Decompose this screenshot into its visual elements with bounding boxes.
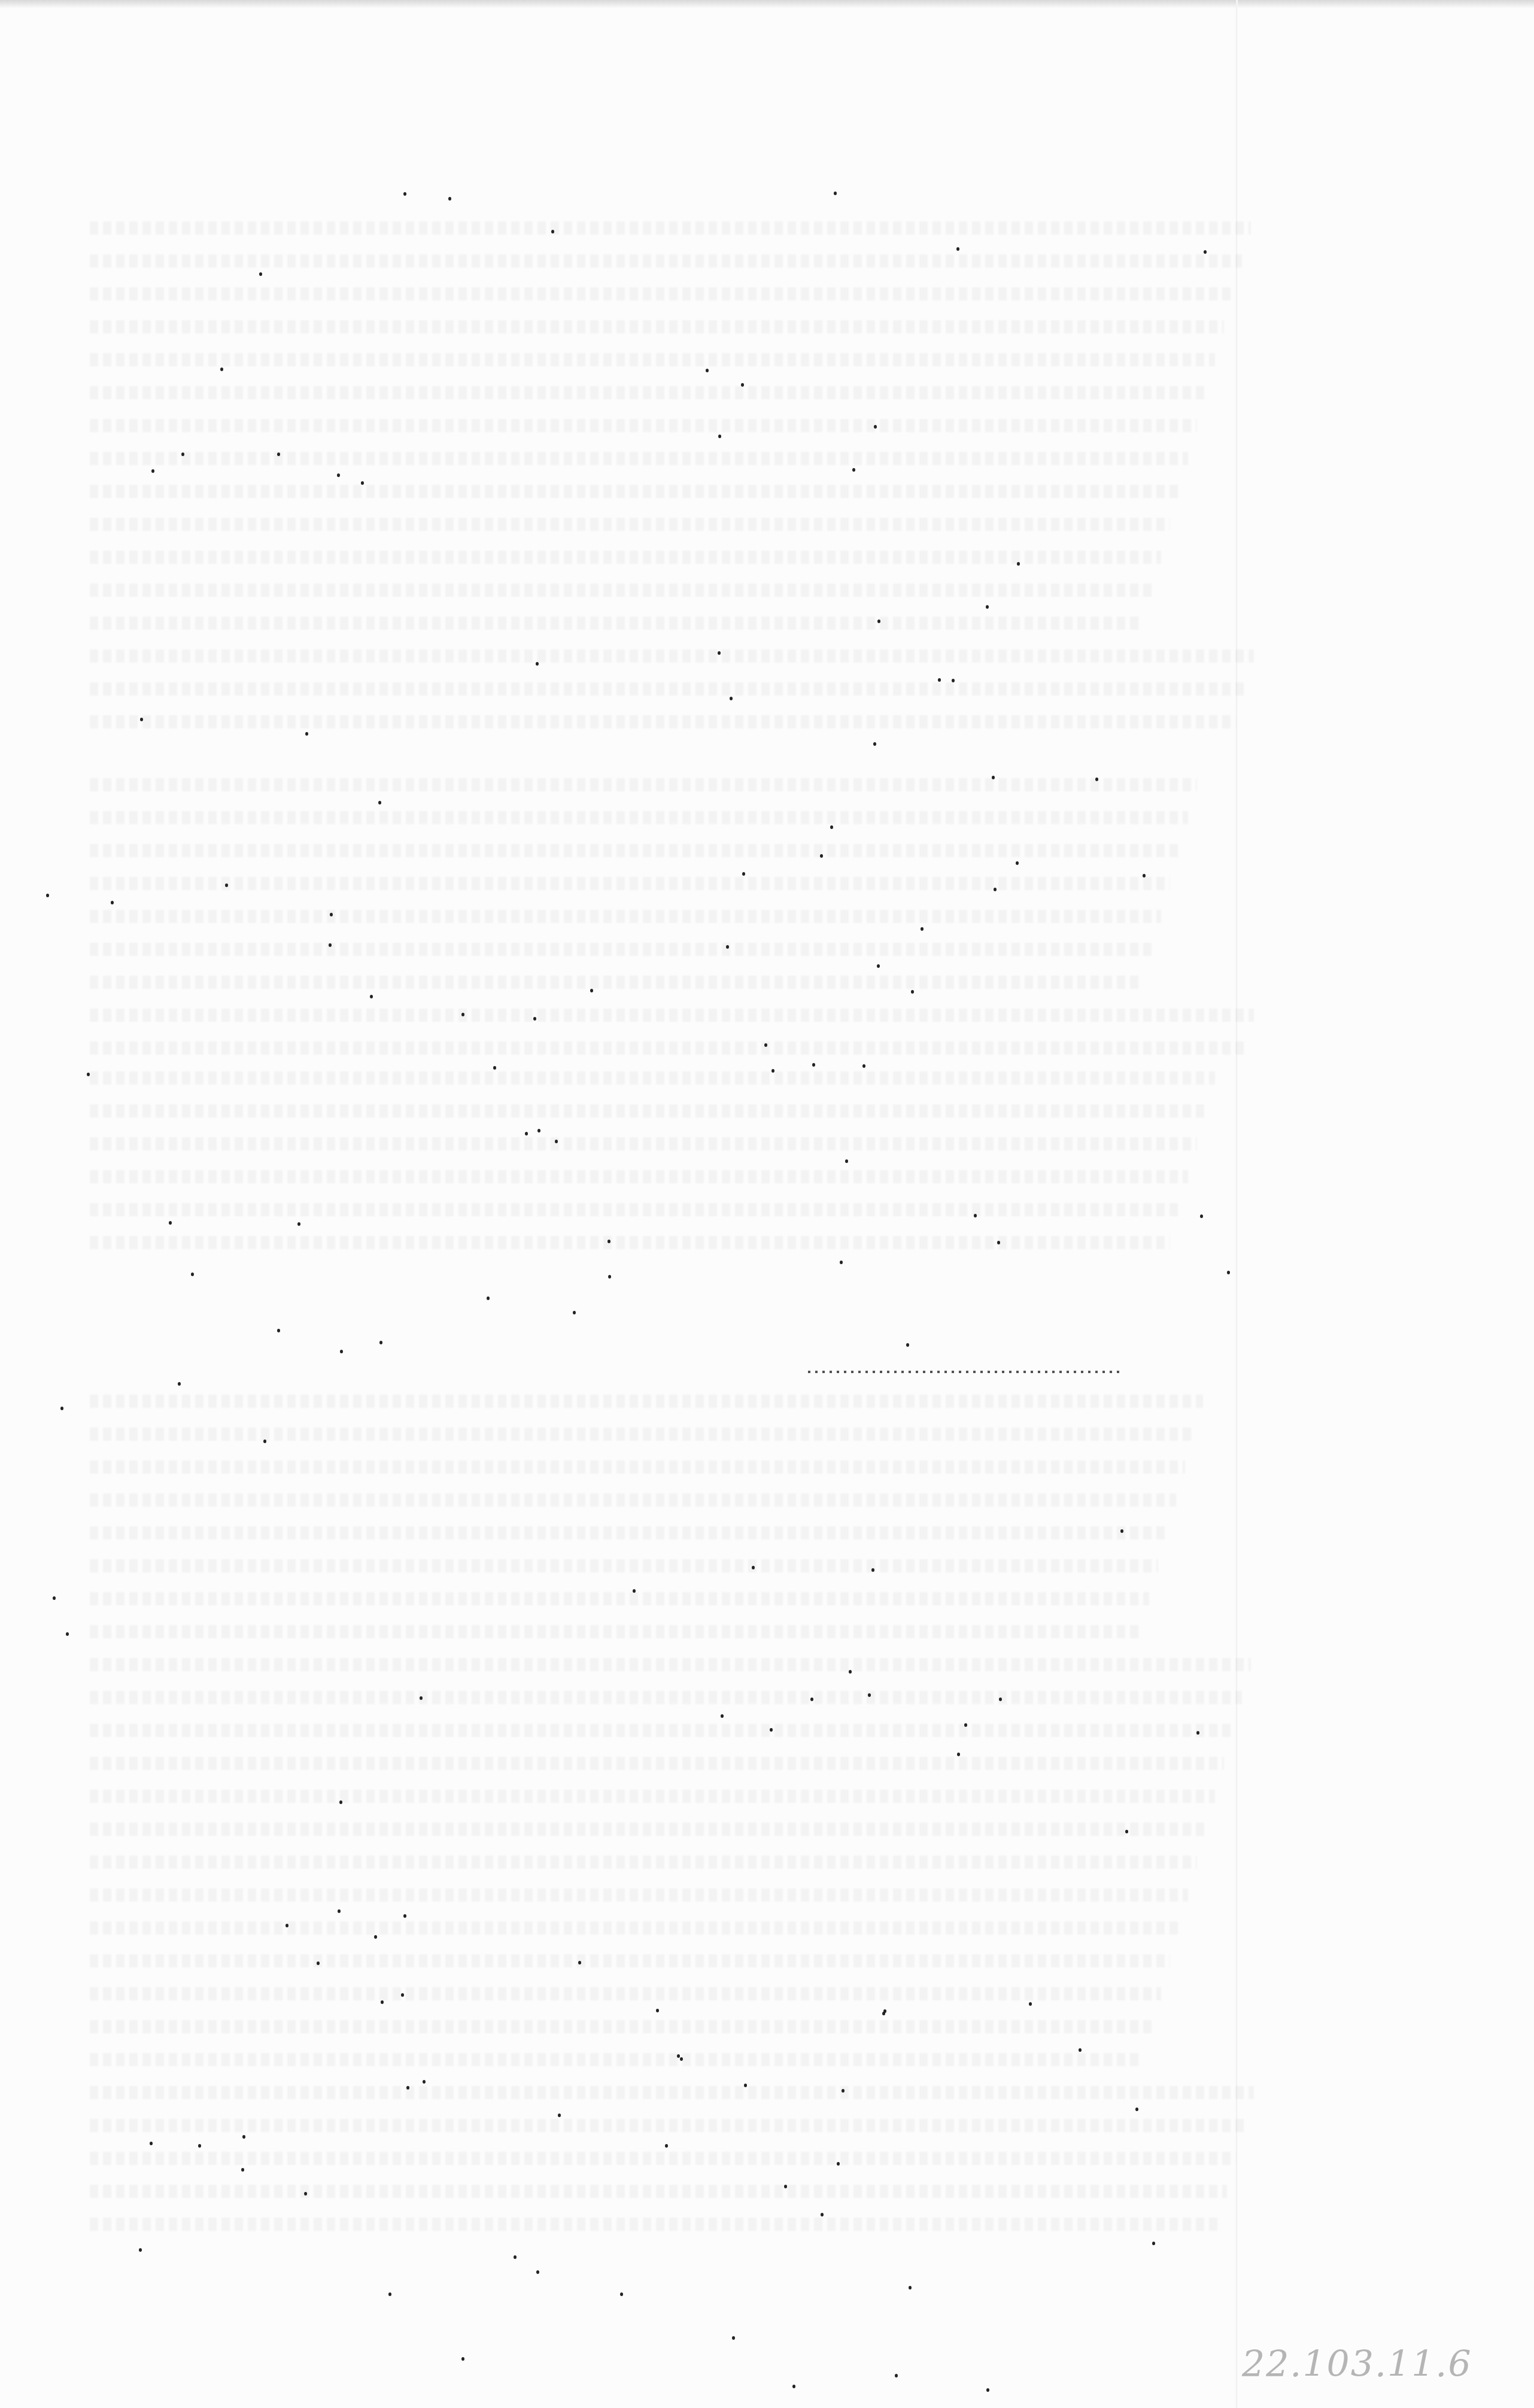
- speck: [706, 369, 709, 372]
- speck: [403, 192, 406, 196]
- speck: [1125, 1830, 1128, 1833]
- bleed-line: [90, 1658, 1251, 1671]
- speck: [1017, 562, 1020, 566]
- speck: [66, 1632, 69, 1636]
- bleed-line: [90, 1625, 1140, 1638]
- speck: [1016, 861, 1019, 865]
- speck: [317, 1961, 320, 1965]
- speck: [952, 679, 955, 682]
- speck: [956, 247, 959, 251]
- speck: [370, 995, 373, 998]
- speck: [297, 1222, 300, 1226]
- speck: [401, 1993, 404, 1997]
- speck: [537, 1129, 540, 1132]
- speck: [178, 1382, 181, 1386]
- speck: [732, 2336, 735, 2340]
- bleed-line: [90, 778, 1197, 791]
- speck: [994, 888, 997, 891]
- speck: [957, 1753, 960, 1756]
- bleed-line: [90, 452, 1188, 465]
- speck: [718, 651, 721, 655]
- speck: [525, 1132, 528, 1135]
- speck: [877, 964, 880, 968]
- speck: [792, 2385, 795, 2388]
- speck: [420, 1696, 423, 1700]
- speck: [578, 1961, 581, 1964]
- speck: [536, 662, 539, 666]
- speck: [169, 1221, 172, 1225]
- speck: [139, 2248, 142, 2252]
- speck: [730, 697, 733, 700]
- speck: [964, 1723, 967, 1727]
- speck: [381, 2000, 384, 2004]
- bleed-line: [90, 1888, 1188, 1902]
- bleed-line: [90, 1559, 1158, 1572]
- bleed-line: [90, 910, 1161, 923]
- speck: [241, 2168, 244, 2172]
- bleed-line: [90, 1987, 1161, 2000]
- speck: [403, 1914, 406, 1918]
- speck: [718, 435, 721, 438]
- speck: [906, 1343, 909, 1347]
- bleed-line: [90, 1526, 1167, 1539]
- speck: [111, 901, 114, 904]
- speck: [493, 1066, 496, 1070]
- scanned-page: 22.103.11.6: [0, 0, 1534, 2408]
- speck: [999, 1698, 1002, 1701]
- bleed-line: [90, 844, 1179, 857]
- bleed-line: [90, 1724, 1233, 1737]
- speck: [852, 468, 855, 472]
- bleed-line: [90, 1921, 1179, 1935]
- dotted-line: [808, 1371, 1119, 1373]
- speck: [911, 990, 914, 994]
- bleed-line: [90, 320, 1224, 333]
- speck: [909, 2286, 912, 2289]
- bleed-line: [90, 1041, 1245, 1055]
- speck: [533, 1017, 536, 1021]
- speck: [60, 1407, 63, 1410]
- speck: [845, 1159, 848, 1163]
- speck: [225, 883, 228, 887]
- speck: [551, 230, 554, 233]
- speck: [997, 1241, 1000, 1244]
- speck: [741, 383, 744, 387]
- bleed-line: [90, 353, 1215, 366]
- speck: [242, 2135, 245, 2139]
- speck: [721, 1714, 724, 1718]
- speck: [1152, 2242, 1155, 2245]
- speck: [573, 1311, 576, 1314]
- bleed-line: [90, 1203, 1179, 1216]
- bleed-line: [90, 419, 1197, 432]
- bleed-line: [90, 1493, 1176, 1507]
- speck: [656, 2009, 659, 2012]
- speck: [1200, 1214, 1203, 1218]
- speck: [665, 2144, 668, 2148]
- bleed-line: [90, 617, 1143, 630]
- speck: [285, 1924, 288, 1927]
- bleed-line: [90, 976, 1143, 989]
- speck: [834, 192, 837, 195]
- bleed-line: [90, 1460, 1185, 1474]
- speck: [842, 2089, 845, 2093]
- bleed-line: [90, 2218, 1218, 2231]
- bleed-line: [90, 1137, 1197, 1150]
- speck: [220, 368, 223, 371]
- speck: [868, 1693, 871, 1697]
- speck: [821, 2213, 824, 2216]
- speck: [1095, 778, 1098, 781]
- speck: [849, 1670, 852, 1674]
- bleed-line: [90, 1823, 1206, 1836]
- bleed-line: [90, 2086, 1254, 2099]
- bleed-line: [90, 1856, 1197, 1869]
- bleed-line: [90, 2185, 1227, 2198]
- bleed-line: [90, 2119, 1245, 2132]
- speck: [1196, 1731, 1199, 1735]
- bleed-line: [90, 1071, 1215, 1085]
- speck: [555, 1140, 558, 1143]
- speck: [140, 718, 143, 721]
- bleed-line: [90, 518, 1170, 531]
- speck: [607, 1240, 610, 1243]
- bleed-line: [90, 221, 1251, 235]
- speck: [304, 2192, 307, 2196]
- speck: [986, 605, 989, 609]
- bleed-line: [90, 485, 1179, 498]
- speck: [784, 2185, 787, 2188]
- bleed-line: [90, 1757, 1224, 1770]
- speck: [198, 2144, 201, 2148]
- speck: [461, 1013, 464, 1016]
- speck: [590, 989, 593, 992]
- speck: [992, 776, 995, 779]
- speck: [938, 678, 941, 682]
- speck: [388, 2292, 391, 2296]
- speck: [620, 2292, 623, 2296]
- speck: [726, 945, 729, 949]
- speck: [840, 1261, 843, 1264]
- speck: [1135, 2108, 1138, 2111]
- speck: [339, 1800, 342, 1804]
- speck: [379, 1341, 382, 1344]
- speck: [873, 742, 876, 746]
- speck: [46, 894, 49, 897]
- speck: [770, 1728, 773, 1732]
- speck: [330, 913, 333, 916]
- speck: [862, 1064, 865, 1068]
- speck: [53, 1596, 56, 1600]
- speck: [883, 2009, 886, 2013]
- bleed-line: [90, 649, 1254, 663]
- speck: [151, 469, 154, 473]
- bleed-line: [90, 1691, 1242, 1704]
- speck: [487, 1296, 490, 1300]
- bleed-line: [90, 2053, 1143, 2066]
- handwritten-annotation: 22.103.11.6: [1242, 2343, 1472, 2385]
- speck: [820, 854, 823, 858]
- speck: [677, 2054, 680, 2058]
- speck: [378, 801, 381, 804]
- speck: [461, 2357, 464, 2361]
- speck: [191, 1273, 194, 1276]
- speck: [406, 2086, 409, 2090]
- bleed-line: [90, 2020, 1152, 2033]
- speck: [874, 425, 877, 429]
- speck: [830, 825, 833, 829]
- speck: [423, 2080, 426, 2084]
- speck: [1227, 1271, 1230, 1274]
- speck: [974, 1214, 977, 1217]
- speck: [361, 481, 364, 485]
- speck: [1204, 250, 1207, 254]
- speck: [305, 732, 308, 736]
- speck: [837, 2162, 840, 2166]
- bleed-line: [90, 682, 1245, 696]
- bleed-line: [90, 1104, 1206, 1118]
- bleed-line: [90, 1236, 1170, 1249]
- bleed-line: [90, 877, 1170, 890]
- speck: [263, 1440, 266, 1443]
- bleed-line: [90, 2152, 1236, 2165]
- speck: [87, 1073, 90, 1076]
- bleed-line: [90, 1170, 1188, 1183]
- speck: [181, 453, 184, 456]
- speck: [771, 1069, 774, 1073]
- speck: [812, 1063, 815, 1067]
- speck: [921, 927, 924, 931]
- speck: [448, 197, 451, 201]
- speck: [871, 1568, 874, 1572]
- speck: [338, 1909, 341, 1913]
- bleed-line: [90, 551, 1161, 564]
- bleed-line: [90, 715, 1236, 728]
- speck: [633, 1589, 636, 1593]
- speck: [277, 1329, 280, 1332]
- speck: [514, 2255, 517, 2259]
- speck: [558, 2114, 561, 2117]
- speck: [1120, 1529, 1123, 1533]
- speck: [337, 473, 340, 477]
- speck: [374, 1935, 377, 1939]
- speck: [608, 1275, 611, 1279]
- speck: [1079, 2048, 1082, 2052]
- bleed-line: [90, 811, 1188, 824]
- speck: [877, 620, 880, 623]
- speck: [986, 2388, 989, 2392]
- speck: [752, 1566, 755, 1569]
- bleed-line: [90, 254, 1242, 268]
- bleed-line: [90, 584, 1152, 597]
- speck: [744, 2084, 747, 2087]
- speck: [764, 1043, 767, 1047]
- speck: [895, 2374, 898, 2377]
- bleed-line: [90, 287, 1233, 300]
- speck: [150, 2142, 153, 2145]
- speck: [329, 943, 332, 947]
- bleed-line: [90, 386, 1206, 399]
- bleed-line: [90, 1954, 1170, 1967]
- speck: [259, 272, 262, 276]
- speck: [536, 2270, 539, 2274]
- bleed-line: [90, 1395, 1203, 1408]
- speck: [340, 1350, 343, 1353]
- speck: [810, 1698, 813, 1701]
- speck: [277, 453, 280, 456]
- bleed-line: [90, 1009, 1254, 1022]
- bleed-line: [90, 1592, 1149, 1605]
- page-top-edge: [0, 0, 1534, 8]
- bleed-line: [90, 1428, 1194, 1441]
- speck: [1143, 874, 1146, 877]
- bleed-line: [90, 1790, 1215, 1803]
- fold-line: [1236, 0, 1238, 2408]
- speck: [742, 872, 745, 876]
- speck: [1029, 2002, 1032, 2006]
- speck: [680, 2057, 683, 2061]
- bleed-line: [90, 943, 1152, 956]
